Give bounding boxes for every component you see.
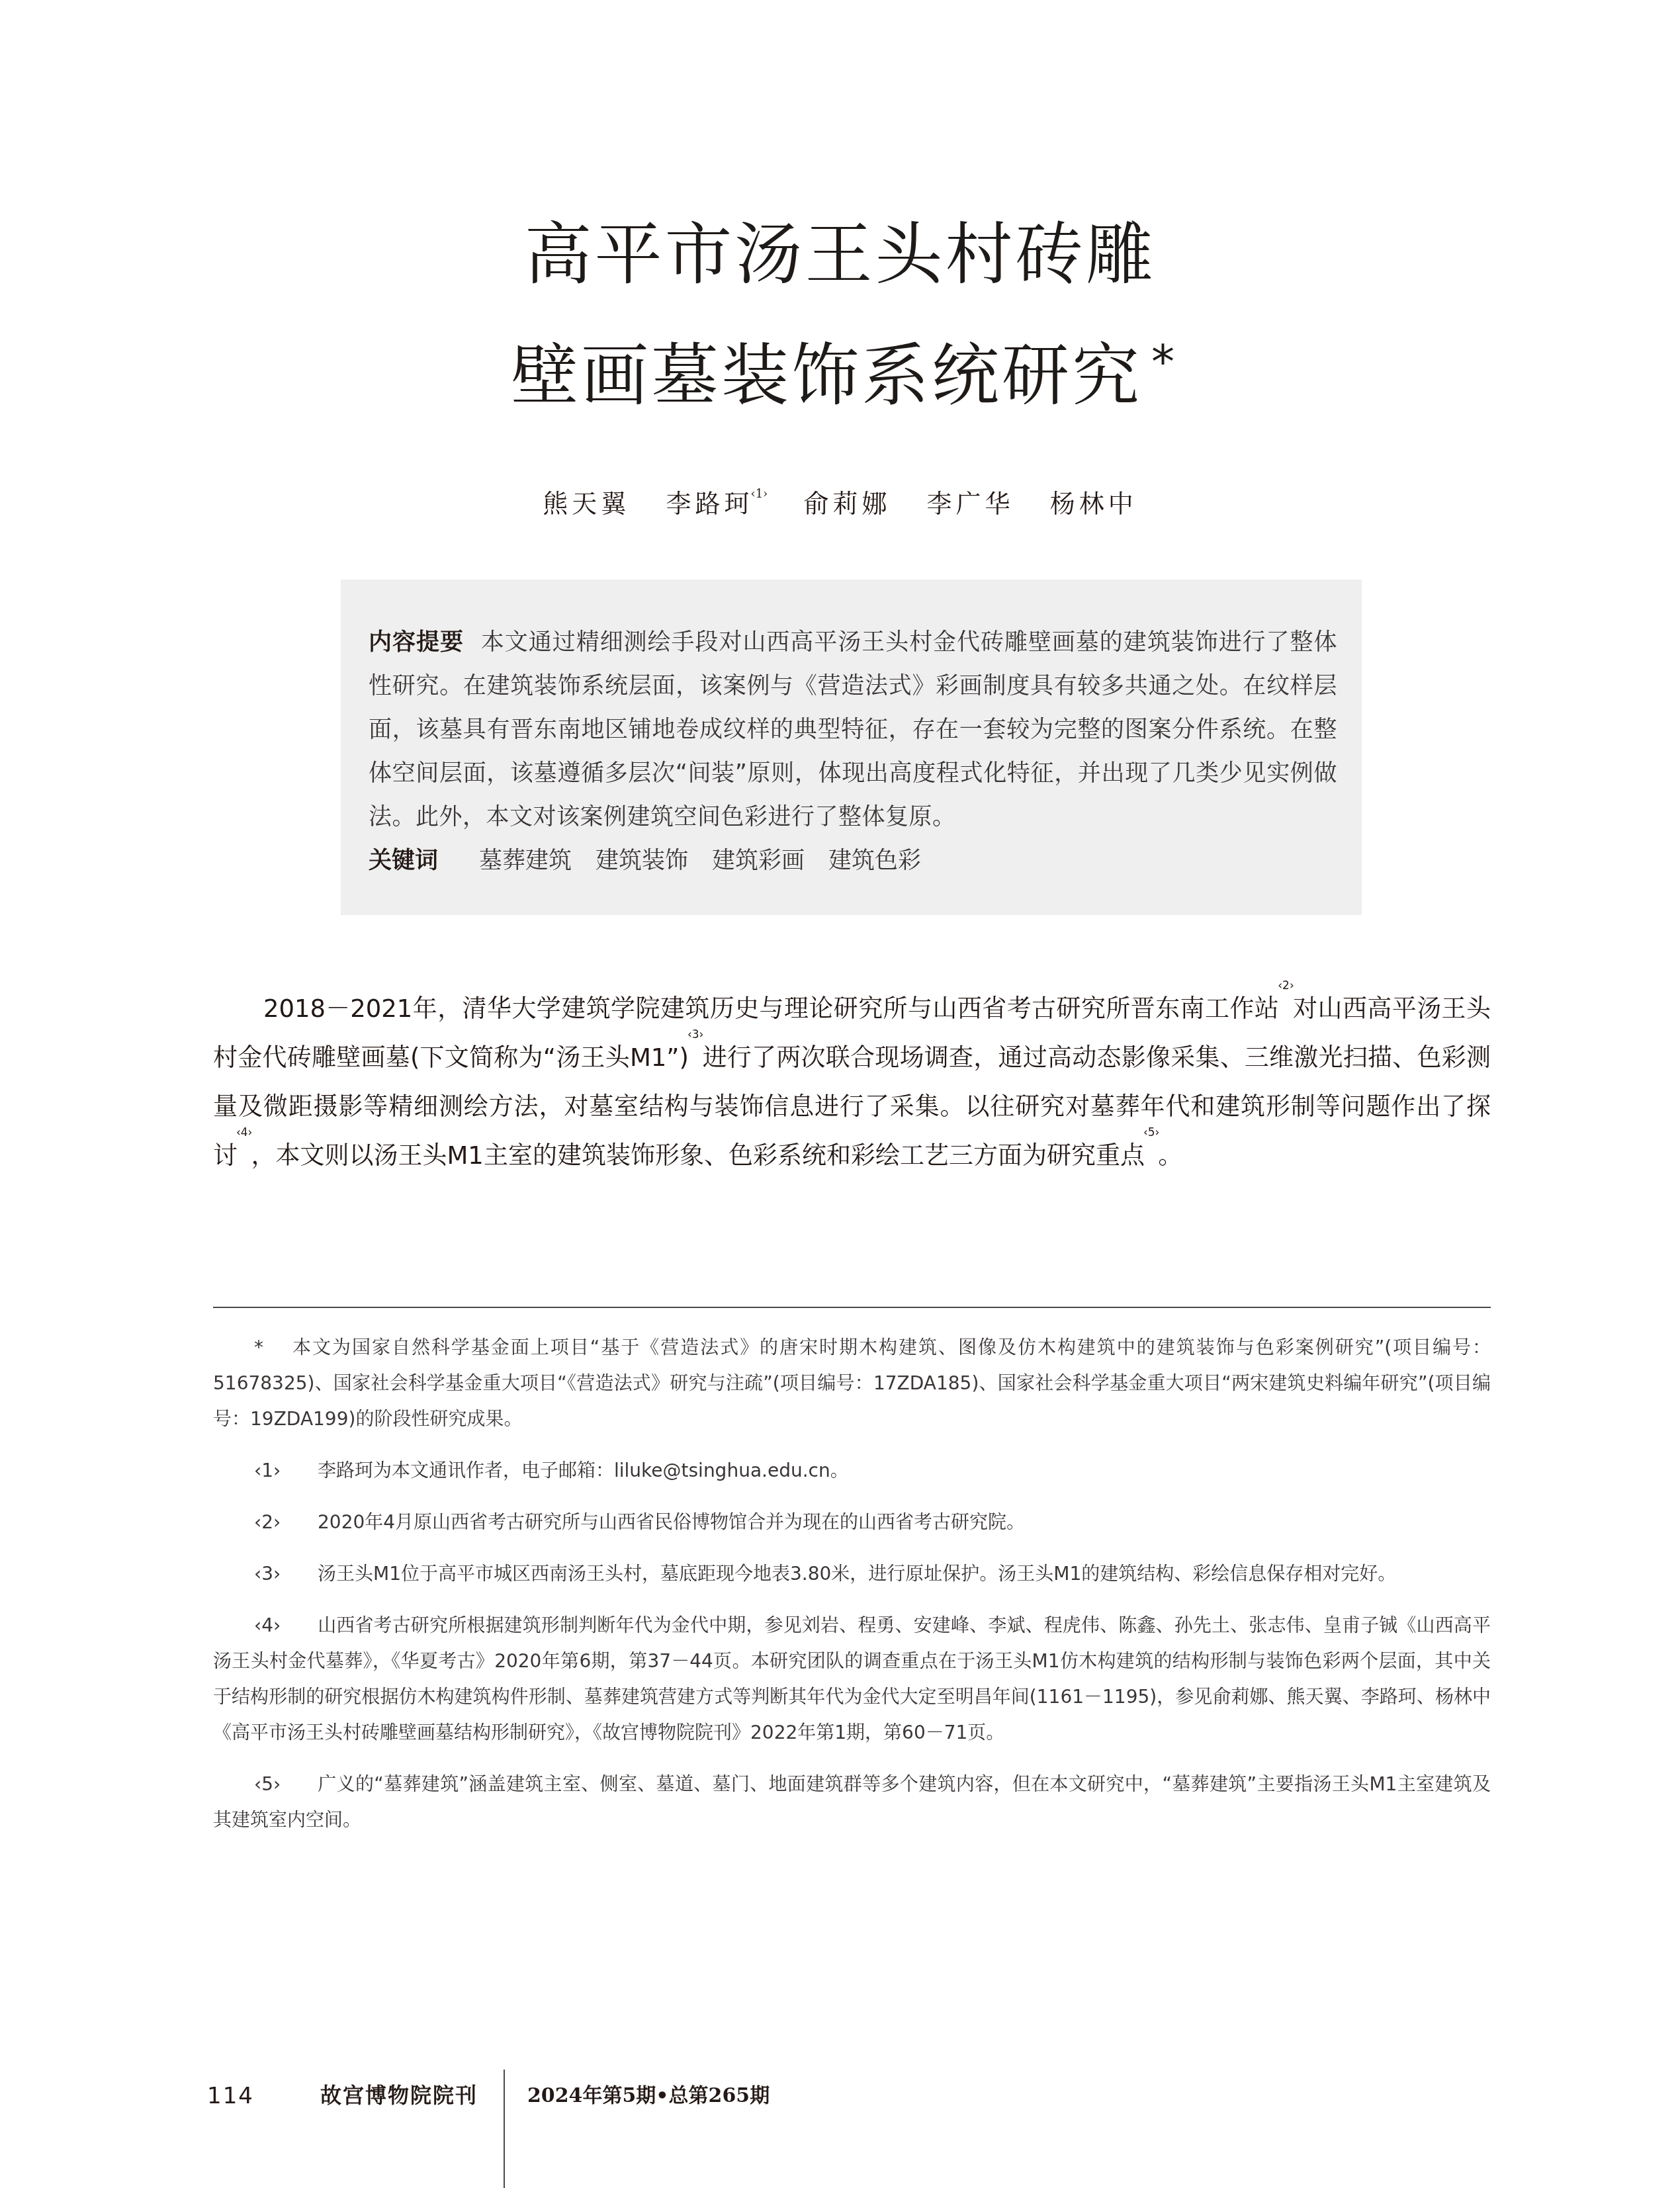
abstract-text: 本文通过精细测绘手段对山西高平汤王头村金代砖雕壁画墓的建筑装饰进行了整体性研究。…	[369, 629, 1337, 830]
body-text: 2018－2021年，清华大学建筑学院建筑历史与理论研究所与山西省考古研究所晋东…	[263, 994, 1279, 1023]
footnote-text: 汤王头M1位于高平市城区西南汤王头村，墓底距现今地表3.80米，进行原址保护。汤…	[318, 1563, 1396, 1585]
page-footer: 114 故宫博物院院刊 2024年第5期•总第265期	[0, 2070, 1680, 2188]
keyword: 建筑装饰	[596, 848, 688, 874]
keywords: 关键词墓葬建筑建筑装饰建筑彩画建筑色彩	[369, 839, 921, 883]
author: 熊天翼	[543, 483, 630, 519]
footnote-text: 本文为国家自然科学基金面上项目“基于《营造法式》的唐宋时期木构建筑、图像及仿木构…	[213, 1336, 1491, 1430]
footnote-text: 李路珂为本文通讯作者，电子邮箱：liluke@tsinghua.edu.cn。	[318, 1460, 849, 1481]
footnote-marker: ‹2›	[213, 1505, 318, 1540]
footnote-2: ‹2›2020年4月原山西省考古研究所与山西省民俗博物馆合并为现在的山西省考古研…	[213, 1505, 1491, 1540]
footnote-4: ‹4›山西省考古研究所根据建筑形制判断年代为金代中期，参见刘岩、程勇、安建峰、李…	[213, 1608, 1491, 1751]
abstract-box: 内容提要本文通过精细测绘手段对山西高平汤王头村金代砖雕壁画墓的建筑装饰进行了整体…	[341, 580, 1362, 915]
body-paragraph: 2018－2021年，清华大学建筑学院建筑历史与理论研究所与山西省考古研究所晋东…	[213, 985, 1491, 1180]
author: 李路珂‹1›	[666, 483, 768, 519]
author-name: 俞莉娜	[803, 489, 891, 518]
footnote-marker: ‹1›	[213, 1453, 318, 1489]
author-name: 杨林中	[1050, 489, 1137, 518]
keyword: 建筑色彩	[828, 848, 921, 874]
footnote-marker: ‹3›	[213, 1556, 318, 1592]
footnote-ref[interactable]: ‹2›	[1278, 979, 1294, 992]
page-number: 114	[207, 2083, 254, 2109]
article-title-line-1: 高平市汤王头村砖雕	[0, 222, 1680, 289]
footnote-text: 广义的“墓葬建筑”涵盖建筑主室、侧室、墓道、墓门、地面建筑群等多个建筑内容，但在…	[213, 1773, 1491, 1831]
footnote-marker: ‹5›	[213, 1767, 318, 1802]
keyword: 墓葬建筑	[479, 848, 572, 874]
author-name: 熊天翼	[543, 489, 630, 518]
footnotes: *本文为国家自然科学基金面上项目“基于《营造法式》的唐宋时期木构建筑、图像及仿木…	[213, 1330, 1491, 1854]
footnote-marker: *	[213, 1330, 291, 1366]
author-name: 李广华	[927, 489, 1014, 518]
footnote-ref[interactable]: ‹4›	[236, 1126, 252, 1139]
footnote-marker: ‹4›	[213, 1608, 318, 1643]
footnote-ref[interactable]: ‹5›	[1143, 1126, 1159, 1139]
abstract-label: 内容提要	[369, 629, 464, 656]
footnote-3: ‹3›汤王头M1位于高平市城区西南汤王头村，墓底距现今地表3.80米，进行原址保…	[213, 1556, 1491, 1592]
keywords-label: 关键词	[369, 848, 438, 874]
footnote-ref[interactable]: ‹3›	[687, 1028, 703, 1041]
title-text: 壁画墓装饰系统研究	[511, 337, 1142, 416]
footnote-text: 山西省考古研究所根据建筑形制判断年代为金代中期，参见刘岩、程勇、安建峰、李斌、程…	[213, 1614, 1491, 1743]
body-text: 。	[1158, 1141, 1182, 1170]
journal-name: 故宫博物院院刊	[265, 2079, 478, 2109]
issue-info: 2024年第5期•总第265期	[527, 2079, 770, 2108]
body-text: ，本文则以汤王头M1主室的建筑装饰形象、色彩系统和彩绘工艺三方面为研究重点	[251, 1141, 1144, 1170]
abstract: 内容提要本文通过精细测绘手段对山西高平汤王头村金代砖雕壁画墓的建筑装饰进行了整体…	[369, 621, 1337, 839]
footnote-1: ‹1›李路珂为本文通讯作者，电子邮箱：liluke@tsinghua.edu.c…	[213, 1453, 1491, 1489]
article-title-line-2: 壁画墓装饰系统研究*	[4, 343, 1680, 410]
keyword: 建筑彩画	[712, 848, 805, 874]
author-note-marker: ‹1›	[750, 487, 768, 501]
footnote-text: 2020年4月原山西省考古研究所与山西省民俗博物馆合并为现在的山西省考古研究院。	[318, 1511, 1025, 1533]
footnote-funding: *本文为国家自然科学基金面上项目“基于《营造法式》的唐宋时期木构建筑、图像及仿木…	[213, 1330, 1491, 1437]
footnote-divider	[213, 1307, 1491, 1308]
footnote-5: ‹5›广义的“墓葬建筑”涵盖建筑主室、侧室、墓道、墓门、地面建筑群等多个建筑内容…	[213, 1767, 1491, 1838]
author-name: 李路珂	[666, 489, 753, 518]
author-list: 熊天翼 李路珂‹1› 俞莉娜 李广华 杨林中	[0, 483, 1680, 519]
author: 杨林中	[1050, 483, 1137, 519]
footer-divider	[504, 2070, 505, 2188]
title-footnote-marker: *	[1151, 335, 1177, 389]
author: 李广华	[927, 483, 1014, 519]
author: 俞莉娜	[803, 483, 891, 519]
